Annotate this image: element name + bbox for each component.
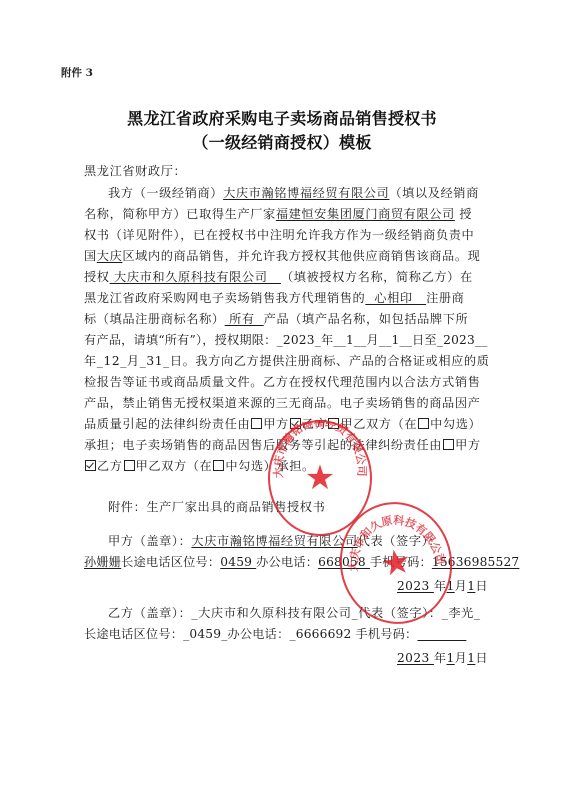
party-a-office-phone: 668058 <box>318 555 370 569</box>
text: 产品（填产品名称，如包括品牌下所 <box>264 312 469 326</box>
text: 年 <box>321 333 333 347</box>
region-field: 大庆 <box>97 249 123 263</box>
body-line-4: 国大庆区域内的商品销售，并允许我方授权其他供应商销售该商品。现 <box>84 247 480 264</box>
body-line-1: 我方（一级经销商）大庆市瀚铭博福经贸有限公司（填以及经销商 <box>108 184 479 201</box>
option-label: 甲乙双方 <box>340 417 391 431</box>
text: 日。我方向乙方提供注册商标、产品的合格证或相应的质 <box>170 354 490 368</box>
option-label: 乙方 <box>97 459 123 473</box>
text: 办公电话： <box>228 627 290 641</box>
text: 注册商 <box>426 291 464 305</box>
text: 日 <box>475 651 488 665</box>
text: 中勾选）承担。 <box>225 459 315 473</box>
party-b-date: 2023 年1月1日 <box>397 649 488 666</box>
text: 我方（一级经销商） <box>108 186 223 200</box>
text: （填以及经销商 <box>389 186 479 200</box>
body-line-3: 权书（详见附件），已在授权书中注明允许我方作为一级经销商负责中 <box>84 226 474 243</box>
checkbox-glyph <box>213 460 224 471</box>
body-line-9: 年_12_月_31_日。我方向乙方提供注册商标、产品的合格证或相应的质 <box>84 352 490 369</box>
body-line-14: 乙方甲乙双方（在中勾选）承担。 <box>84 457 315 474</box>
body-line-6: 黑龙江省政府采购网电子卖场销售我方代理销售的 心相印 注册商 <box>84 289 464 306</box>
text: 有产品，请填“所有”），授权期限： <box>84 333 277 347</box>
body-line-5: 授权 大庆市和久原科技有限公司 （填被授权方名称，简称乙方）在 <box>84 268 473 285</box>
text: 黑龙江省政府采购网电子卖场销售我方代理销售的 <box>84 291 365 305</box>
text: （在 <box>392 417 418 431</box>
party-b-mobile <box>417 627 466 641</box>
text: 甲方（盖章）： <box>108 534 191 548</box>
text: 品质量引起的法律纠纷责任由 <box>84 417 250 431</box>
party-a-mobile: 15636985527 <box>432 555 520 569</box>
party-a-company: 大庆市瀚铭博福经贸有限公司 <box>191 534 357 548</box>
date-month: 1 <box>447 579 455 593</box>
text: 授 <box>455 207 472 221</box>
end-day-field: _31_ <box>140 354 170 368</box>
text: 手机号码： <box>351 627 417 641</box>
text: 日 <box>475 579 488 593</box>
checkbox-quality-party-b[interactable] <box>290 418 301 429</box>
text: 长途电话区位号： <box>84 627 183 641</box>
party-b-rep-signature: _李光_ <box>442 606 481 620</box>
annex-label: 附件 3 <box>61 65 93 80</box>
party-a-area-code: 0459 <box>220 555 256 569</box>
text: 年 <box>84 354 97 368</box>
text: 承担；电子卖场销售的商品因售后服务等引起的法律纠纷责任由 <box>84 438 442 452</box>
party-a-rep-signature: 孙姗姗 <box>84 555 121 569</box>
body-line-13: 承担；电子卖场销售的商品因售后服务等引起的法律纠纷责任由甲方 <box>84 436 481 453</box>
end-year-field: _2023__ <box>437 333 488 347</box>
party-a-date: 2023 年1月1日 <box>397 577 488 594</box>
party-b-area-code: _0459_ <box>183 627 227 641</box>
text: 授权 <box>84 270 110 284</box>
authorized-party-field: 大庆市和久原科技有限公司 <box>110 270 281 284</box>
text: 代表（签字）： <box>358 534 441 548</box>
start-day-field: __1__ <box>379 333 412 347</box>
body-line-12: 品质量引起的法律纠纷责任由甲方乙方甲乙双方（在中勾选） <box>84 415 481 432</box>
document-title: 黑龙江省政府采购电子卖场商品销售授权书 <box>0 106 564 129</box>
date-year: 2023 <box>397 651 434 665</box>
text: 月 <box>367 333 379 347</box>
date-month: 1 <box>447 651 455 665</box>
text: 标（填品注册商标名称） <box>84 312 225 326</box>
text: 名称，简称甲方）已取得生产厂家 <box>84 207 276 221</box>
option-label: 甲方 <box>455 438 481 452</box>
checkbox-quality-both[interactable] <box>328 418 339 429</box>
body-line-2: 名称，简称甲方）已取得生产厂家福建恒安集团厦门商贸有限公司 授 <box>84 205 472 222</box>
text: （填被授权方名称，简称乙方）在 <box>281 270 473 284</box>
party-b-office-phone: _6666692 <box>289 627 351 641</box>
trademark-field: 心相印 <box>365 291 426 305</box>
body-line-10: 检报告等证书或商品质量文件。乙方在授权代理范围内以合法方式销售 <box>84 373 480 390</box>
text: 手机号码： <box>370 555 432 569</box>
checkbox-aftersale-both[interactable] <box>124 460 135 471</box>
checkbox-aftersale-party-b[interactable] <box>85 460 96 471</box>
start-year-field: _2023_ <box>277 333 321 347</box>
party-a-seal-line: 甲方（盖章）：大庆市瀚铭博福经贸有限公司代表（签字）： <box>108 532 441 549</box>
option-label: 乙方 <box>302 417 328 431</box>
checkbox-quality-party-a[interactable] <box>251 418 262 429</box>
start-month-field: __1__ <box>333 333 366 347</box>
text: 乙方（盖章）： <box>108 606 191 620</box>
option-label: 甲乙双方 <box>136 459 187 473</box>
product-field: 所有 <box>225 312 264 326</box>
option-label: 甲方 <box>263 417 289 431</box>
body-line-7: 标（填品注册商标名称） 所有 产品（填产品名称，如包括品牌下所 <box>84 310 468 327</box>
text: 国 <box>84 249 97 263</box>
text: 年 <box>434 579 447 593</box>
text: 月 <box>455 579 468 593</box>
party-a-contact-line: 孙姗姗长途电话区位号：0459 办公电话：668058 手机号码：1563698… <box>84 553 519 570</box>
manufacturer-field: 福建恒安集团厦门商贸有限公司 <box>276 207 455 221</box>
checkbox-aftersale-party-a[interactable] <box>443 439 454 450</box>
body-line-8: 有产品，请填“所有”），授权期限：_2023_年__1__月__1__日至_20… <box>84 331 488 348</box>
date-year: 2023 <box>397 579 434 593</box>
party-b-company: _大庆市和久原科技有限公司_ <box>191 606 358 620</box>
document-subtitle: （一级经销商授权）模板 <box>0 130 564 153</box>
text: 办公电话： <box>256 555 318 569</box>
text: 区域内的商品销售，并允许我方授权其他供应商销售该商品。现 <box>122 249 480 263</box>
end-month-field: _12_ <box>97 354 127 368</box>
checkbox-glyph <box>418 418 429 429</box>
text: 中勾选） <box>430 417 481 431</box>
text: 月 <box>127 354 140 368</box>
party-b-seal-line: 乙方（盖章）：_大庆市和久原科技有限公司_代表（签字）：_李光_ <box>108 604 481 621</box>
text: 日至 <box>412 333 437 347</box>
attachment-note: 附件：生产厂家出具的商品销售授权书 <box>108 498 325 515</box>
text: 代表（签字）： <box>358 606 441 620</box>
dealer-name-field: 大庆市瀚铭博福经贸有限公司 <box>223 186 389 200</box>
text: （在 <box>187 459 213 473</box>
party-b-contact-line: 长途电话区位号：_0459_办公电话：_6666692 手机号码： <box>84 625 466 642</box>
text: 月 <box>455 651 468 665</box>
salutation: 黑龙江省财政厅： <box>84 162 186 179</box>
body-line-11: 产品，禁止销售无授权渠道来源的三无商品。电子卖场销售的商品因产 <box>84 394 480 411</box>
text: 年 <box>434 651 447 665</box>
text: 长途电话区位号： <box>121 555 220 569</box>
